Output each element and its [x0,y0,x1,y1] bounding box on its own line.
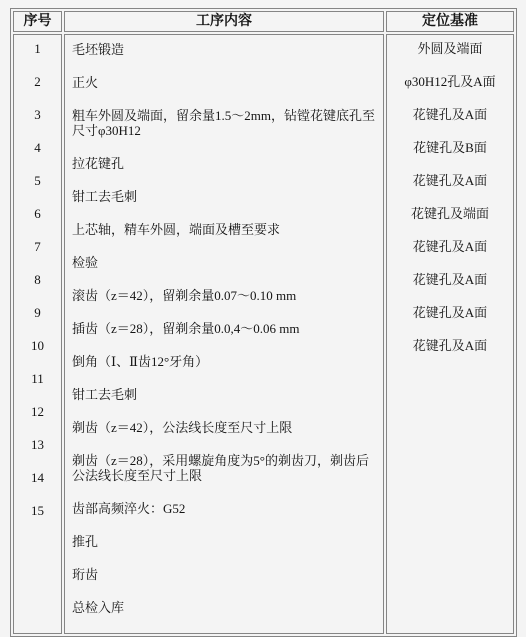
process-item: 上芯轴，精车外圆，端面及槽至要求 [72,222,379,237]
process-item: 滚齿（z＝42），留剃余量0.07～0.10 mm [72,288,379,303]
datum-item: 外圆及端面 [387,42,513,56]
body-row: 123456789101112131415 毛坯锻造正火粗车外圆及端面，留余量1… [13,34,514,634]
index-number: 15 [14,504,61,518]
process-item: 正火 [72,75,379,90]
index-number: 11 [14,372,61,386]
process-item: 钳工去毛刺 [72,189,379,204]
process-item: 剃齿（z＝28），采用螺旋角度为5°的剃齿刀，剃齿后公法线长度至尺寸上限 [72,453,379,483]
index-number: 8 [14,273,61,287]
process-item: 推孔 [72,534,379,549]
process-item: 粗车外圆及端面，留余量1.5～2mm，钻镗花键底孔至尺寸φ30H12 [72,108,379,138]
process-item: 拉花键孔 [72,156,379,171]
datum-item: 花键孔及B面 [387,141,513,155]
process-item: 倒角（Ⅰ、Ⅱ齿12°牙角） [72,354,379,369]
datum-item: 花键孔及A面 [387,339,513,353]
col-header-process-content: 工序内容 [64,11,384,32]
process-item: 钳工去毛刺 [72,387,379,402]
index-number: 14 [14,471,61,485]
index-column: 123456789101112131415 [13,34,62,634]
datum-item: 花键孔及A面 [387,174,513,188]
datum-item: φ30H12孔及A面 [387,75,513,89]
process-item: 齿部高频淬火：G52 [72,501,379,516]
index-number: 2 [14,75,61,89]
process-plan-table: 序号 工序内容 定位基准 123456789101112131415 毛坯锻造正… [10,8,517,637]
index-number: 6 [14,207,61,221]
datum-item: 花键孔及A面 [387,306,513,320]
datum-item: 花键孔及A面 [387,108,513,122]
index-number: 4 [14,141,61,155]
header-row: 序号 工序内容 定位基准 [13,11,514,32]
index-number: 7 [14,240,61,254]
locating-datum-column: 外圆及端面φ30H12孔及A面花键孔及A面花键孔及B面花键孔及A面花键孔及端面花… [386,34,514,634]
process-content-column: 毛坯锻造正火粗车外圆及端面，留余量1.5～2mm，钻镗花键底孔至尺寸φ30H12… [64,34,384,634]
index-number: 13 [14,438,61,452]
process-item: 总检入库 [72,600,379,615]
datum-item: 花键孔及A面 [387,240,513,254]
index-number: 12 [14,405,61,419]
index-number: 10 [14,339,61,353]
process-item: 插齿（z＝28），留剃余量0.0,4～0.06 mm [72,321,379,336]
process-item: 珩齿 [72,567,379,582]
process-item: 检验 [72,255,379,270]
datum-item: 花键孔及端面 [387,207,513,221]
index-number: 5 [14,174,61,188]
col-header-locating-datum: 定位基准 [386,11,514,32]
index-number: 9 [14,306,61,320]
index-number: 3 [14,108,61,122]
datum-item: 花键孔及A面 [387,273,513,287]
process-item: 剃齿（z＝42），公法线长度至尺寸上限 [72,420,379,435]
index-number: 1 [14,42,61,56]
col-header-index: 序号 [13,11,62,32]
process-item: 毛坯锻造 [72,42,379,57]
